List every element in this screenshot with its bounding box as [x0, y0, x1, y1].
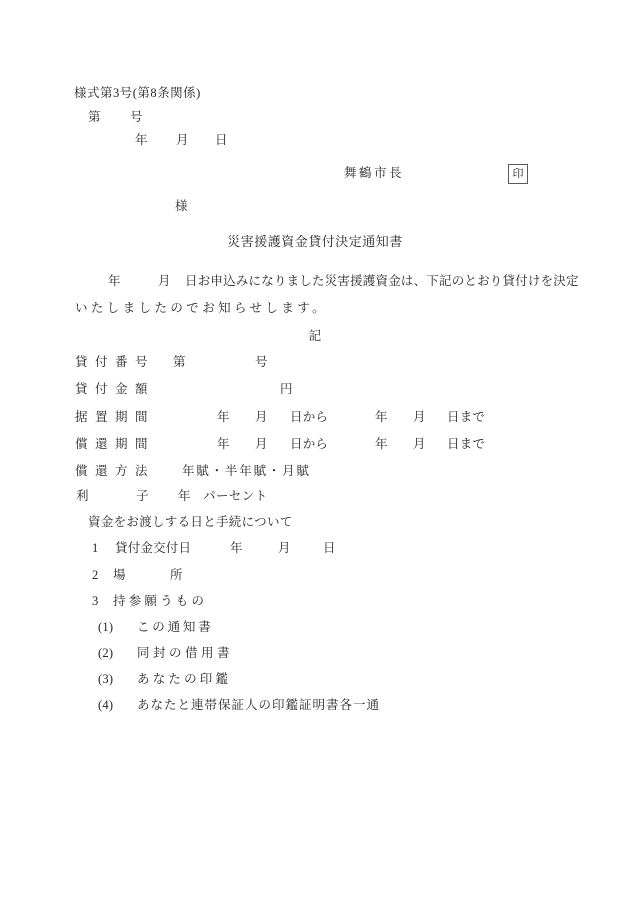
issue-date-day: 日	[215, 133, 228, 148]
body-paragraph-line2: いたしましたのでお知らせします。	[75, 301, 328, 316]
grace-from-month: 月	[255, 410, 268, 425]
procedure-item3-label: 持参願うもの	[113, 594, 207, 609]
bring-item-text: この通知書	[137, 620, 214, 635]
bring-item-text: 同封の借用書	[137, 646, 233, 661]
grace-to-month: 月	[413, 410, 426, 425]
repayment-from-day: 日から	[290, 437, 328, 452]
body-application-month: 月	[158, 274, 171, 289]
delivery-date-day: 日	[323, 541, 336, 556]
issue-date-year: 年	[135, 133, 148, 148]
mayor-seal-stamp: 印	[508, 164, 528, 184]
repayment-method-label: 償還方法	[75, 464, 155, 479]
addressee-honorific: 様	[175, 199, 188, 214]
grace-from-day: 日から	[290, 410, 328, 425]
repayment-to-year: 年	[375, 437, 388, 452]
procedure-item3-number: 3	[92, 594, 98, 609]
delivery-date-month: 月	[278, 541, 291, 556]
procedure-item1-number: 1	[92, 541, 98, 556]
grace-period-label: 据置期間	[75, 410, 155, 425]
bring-item-number: (3)	[98, 672, 113, 687]
loan-number-suffix: 号	[255, 355, 268, 370]
grace-to-year: 年	[375, 410, 388, 425]
repayment-to-day: 日まで	[447, 437, 485, 452]
repayment-from-year: 年	[217, 437, 230, 452]
notification-document-page: 様式第3号(第8条関係) 第 号 年 月 日 舞鶴市長 印 様 災害援護資金貸付…	[0, 0, 630, 915]
procedure-item2-label-last: 所	[170, 568, 183, 583]
repayment-period-label: 償還期間	[75, 437, 155, 452]
loan-number-label: 貸付番号	[75, 355, 155, 370]
document-title: 災害援護資金貸付決定通知書	[0, 234, 630, 249]
record-mark: 記	[0, 329, 630, 344]
procedure-item2-number: 2	[92, 568, 98, 583]
document-number-prefix: 第	[88, 110, 101, 125]
interest-unit: パーセント	[203, 489, 268, 504]
repayment-method-options: 年賦・半年賦・月賦	[182, 464, 311, 479]
repayment-from-month: 月	[255, 437, 268, 452]
loan-number-prefix: 第	[173, 355, 186, 370]
procedure-item2-label-first: 場	[113, 568, 126, 583]
issuer-mayor-name: 舞鶴市長	[344, 166, 404, 181]
issue-date-month: 月	[176, 133, 189, 148]
form-number-label: 様式第3号(第8条関係)	[74, 86, 201, 101]
bring-item-number: (2)	[98, 646, 113, 661]
repayment-to-month: 月	[413, 437, 426, 452]
interest-label-last: 子	[136, 489, 149, 504]
bring-item-text: あなたの印鑑	[137, 672, 231, 687]
bring-item-number: (1)	[98, 620, 113, 635]
delivery-date-year: 年	[230, 541, 243, 556]
body-application-year: 年	[108, 274, 121, 289]
procedure-item1-label: 貸付金交付日	[115, 541, 191, 556]
loan-amount-label: 貸付金額	[75, 382, 155, 397]
bring-item-number: (4)	[98, 698, 113, 713]
body-paragraph-line1: 日お申込みになりました災害援護資金は、下記のとおり貸付けを決定	[185, 274, 579, 289]
document-number-suffix: 号	[130, 110, 143, 125]
grace-to-day: 日まで	[447, 410, 485, 425]
interest-label-first: 利	[76, 489, 89, 504]
interest-year: 年	[178, 489, 191, 504]
loan-amount-unit: 円	[280, 382, 293, 397]
bring-item-text: あなたと連帯保証人の印鑑証明書各一通	[137, 698, 380, 713]
grace-from-year: 年	[217, 410, 230, 425]
procedure-heading: 資金をお渡しする日と手続について	[88, 515, 293, 530]
